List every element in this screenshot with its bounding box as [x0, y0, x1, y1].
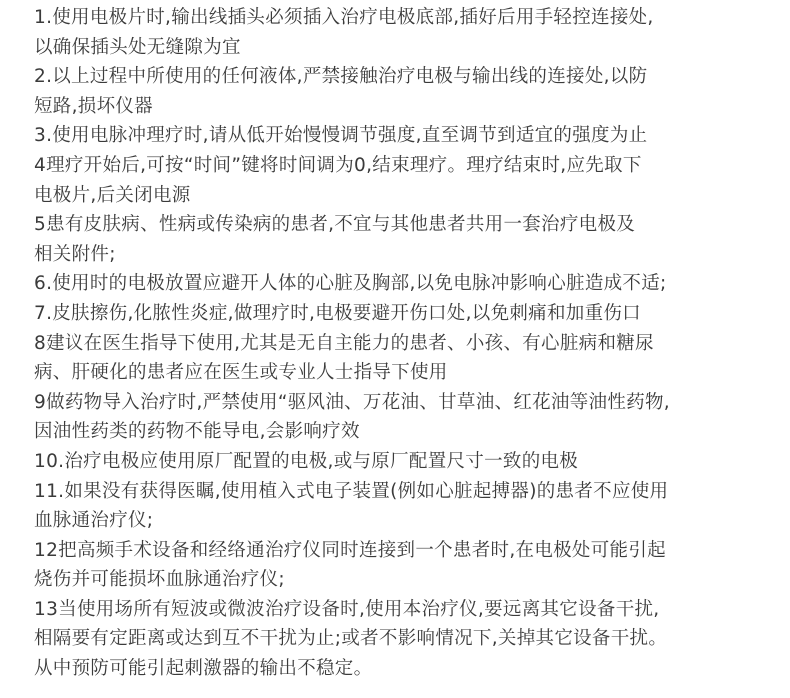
- text-line: 烧伤并可能损坏血脉通治疗仪;: [34, 565, 784, 595]
- text-line: 电极片,后关闭电源: [34, 181, 784, 211]
- text-line: 因油性药类的药物不能导电,会影响疗效: [34, 417, 784, 447]
- text-line: 4理疗开始后,可按“时间”键将时间调为0,结束理疗。理疗结束时,应先取下: [34, 151, 784, 181]
- text-line: 11.如果没有获得医瞩,使用植入式电子装置(例如心脏起搏器)的患者不应使用: [34, 477, 784, 507]
- text-line: 以确保插头处无缝隙为宜: [34, 33, 784, 63]
- text-line: 8建议在医生指导下使用,尤其是无自主能力的患者、小孩、有心脏病和糖尿: [34, 329, 784, 359]
- text-line: 6.使用时的电极放置应避开人体的心脏及胸部,以免电脉冲影响心脏造成不适;: [34, 269, 784, 299]
- text-line: 从中预防可能引起刺激器的输出不稳定。: [34, 654, 784, 684]
- text-line: 10.治疗电极应使用原厂配置的电极,或与原厂配置尺寸一致的电极: [34, 447, 784, 477]
- text-line: 相隔要有定距离或达到互不干扰为止;或者不影响情况下,关掉其它设备干扰。: [34, 624, 784, 654]
- text-line: 7.皮肤擦伤,化脓性炎症,做理疗时,电极要避开伤口处,以免刺痛和加重伤口: [34, 299, 784, 329]
- text-line: 病、肝硬化的患者应在医生或专业人士指导下使用: [34, 358, 784, 388]
- text-line: 血脉通治疗仪;: [34, 506, 784, 536]
- text-line: 2.以上过程中所使用的任何液体,严禁接触治疗电极与输出线的连接处,以防: [34, 62, 784, 92]
- instructions-document: 1.使用电极片时,输出线插头必须插入治疗电极底部,插好后用手轻控连接处, 以确保…: [34, 3, 784, 684]
- text-line: 短路,损坏仪器: [34, 92, 784, 122]
- text-line: 1.使用电极片时,输出线插头必须插入治疗电极底部,插好后用手轻控连接处,: [34, 3, 784, 33]
- text-line: 5患有皮肤病、性病或传染病的患者,不宜与其他患者共用一套治疗电极及: [34, 210, 784, 240]
- text-line: 13当使用场所有短波或微波治疗设备时,使用本治疗仪,要远离其它设备干扰,: [34, 595, 784, 625]
- text-line: 9做药物导入治疗时,严禁使用“驱风油、万花油、甘草油、红花油等油性药物,: [34, 388, 784, 418]
- text-line: 3.使用电脉冲理疗时,请从低开始慢慢调节强度,直至调节到适宜的强度为止: [34, 121, 784, 151]
- text-line: 12把高频手术设备和经络通治疗仪同时连接到一个患者时,在电极处可能引起: [34, 536, 784, 566]
- text-line: 相关附件;: [34, 240, 784, 270]
